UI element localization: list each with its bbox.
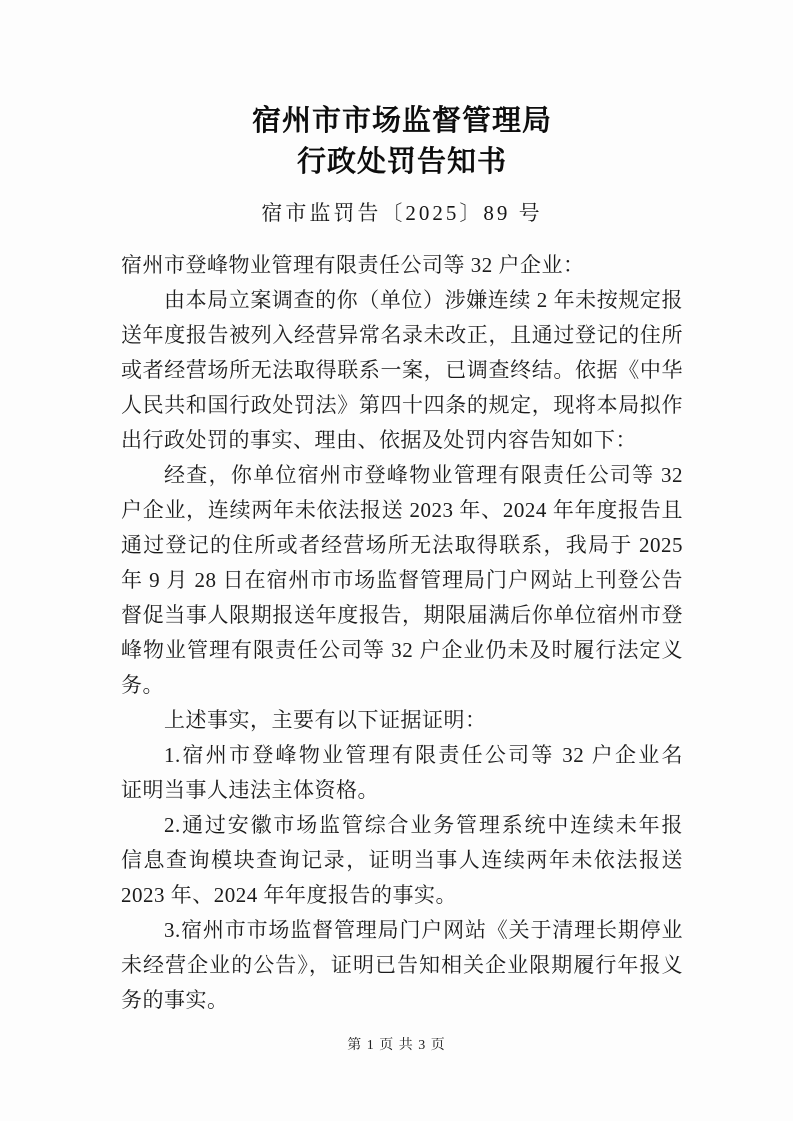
body-line: 送年度报告被列入经营异常名录未改正，且通过登记的住所 <box>121 318 683 353</box>
document-title-line2: 行政处罚告知书 <box>121 142 683 182</box>
document-body: 宿州市登峰物业管理有限责任公司等 32 户企业：由本局立案调查的你（单位）涉嫌连… <box>121 248 683 1018</box>
body-line: 峰物业管理有限责任公司等 32 户企业仍未及时履行法定义 <box>121 633 683 668</box>
document-number: 宿市监罚告〔2025〕89 号 <box>121 199 683 227</box>
body-line: 未经营企业的公告》，证明已告知相关企业限期履行年报义 <box>121 948 683 983</box>
body-line: 2023 年、2024 年年度报告的事实。 <box>121 878 683 913</box>
body-line: 经查，你单位宿州市登峰物业管理有限责任公司等 32 <box>121 458 683 493</box>
body-line: 1.宿州市登峰物业管理有限责任公司等 32 户企业名单， <box>121 738 683 773</box>
body-line: 人民共和国行政处罚法》第四十四条的规定，现将本局拟作 <box>121 388 683 423</box>
document-page: 宿州市市场监督管理局 行政处罚告知书 宿市监罚告〔2025〕89 号 宿州市登峰… <box>0 0 793 1121</box>
body-line: 由本局立案调查的你（单位）涉嫌连续 2 年未按规定报 <box>121 283 683 318</box>
body-line: 信息查询模块查询记录，证明当事人连续两年未依法报送 <box>121 843 683 878</box>
body-line: 上述事实，主要有以下证据证明： <box>121 703 683 738</box>
body-line: 务。 <box>121 668 683 703</box>
body-line: 2.通过安徽市场监管综合业务管理系统中连续未年报 <box>121 808 683 843</box>
body-line: 务的事实。 <box>121 983 683 1018</box>
body-line: 督促当事人限期报送年度报告，期限届满后你单位宿州市登 <box>121 598 683 633</box>
page-number: 第 1 页 共 3 页 <box>347 1038 446 1053</box>
body-line: 宿州市登峰物业管理有限责任公司等 32 户企业： <box>121 248 683 283</box>
body-line: 年 9 月 28 日在宿州市市场监督管理局门户网站上刊登公告 <box>121 563 683 598</box>
body-line: 证明当事人违法主体资格。 <box>121 773 683 808</box>
page-footer: 第 1 页 共 3 页 <box>0 1034 793 1054</box>
body-line: 通过登记的住所或者经营场所无法取得联系，我局于 2025 <box>121 528 683 563</box>
body-line: 出行政处罚的事实、理由、依据及处罚内容告知如下： <box>121 423 683 458</box>
body-line: 户企业，连续两年未依法报送 2023 年、2024 年年度报告且 <box>121 493 683 528</box>
document-title-line1: 宿州市市场监督管理局 <box>121 101 683 141</box>
body-line: 3.宿州市市场监督管理局门户网站《关于清理长期停业 <box>121 913 683 948</box>
body-line: 或者经营场所无法取得联系一案，已调查终结。依据《中华 <box>121 353 683 388</box>
